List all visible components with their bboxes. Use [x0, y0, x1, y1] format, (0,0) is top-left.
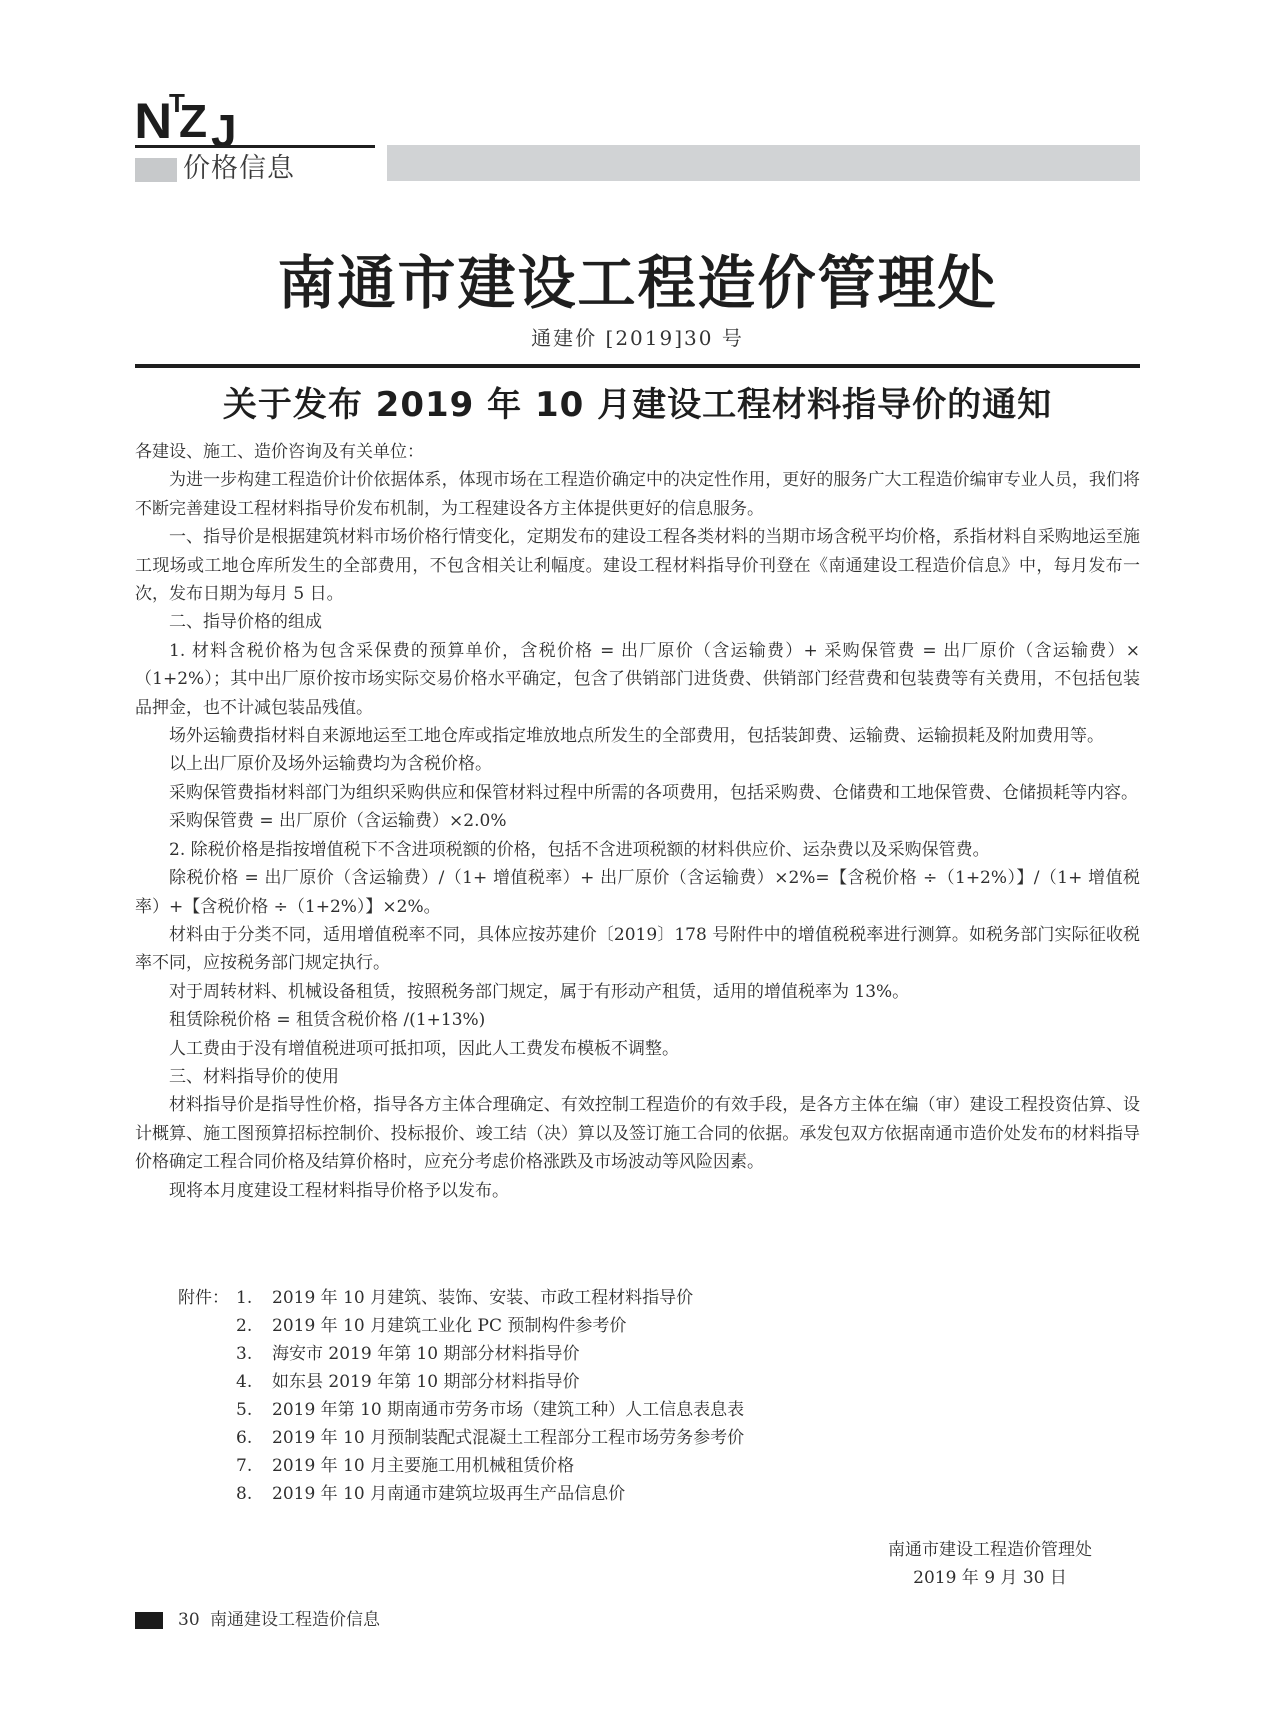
- signature-organization: 南通市建设工程造价管理处: [860, 1536, 1120, 1564]
- paragraph: 现将本月度建设工程材料指导价格予以发布。: [135, 1177, 1140, 1205]
- page-number: 30: [178, 1606, 200, 1634]
- paragraph: 材料指导价是指导性价格，指导各方主体合理确定、有效控制工程造价的有效手段，是各方…: [135, 1091, 1140, 1176]
- attachment-text: 如东县 2019 年第 10 期部分材料指导价: [272, 1368, 580, 1396]
- attachment-item: 6. 2019 年 10 月预制装配式混凝土工程部分工程市场劳务参考价: [178, 1424, 878, 1452]
- header-gray-bar: [387, 145, 1140, 181]
- logo-letter-z: Z: [179, 100, 203, 142]
- attachment-item: 2. 2019 年 10 月建筑工业化 PC 预制构件参考价: [178, 1312, 878, 1340]
- attachment-item: 5. 2019 年第 10 期南通市劳务市场（建筑工种）人工信息表息表: [178, 1396, 878, 1424]
- attachment-text: 2019 年 10 月南通市建筑垃圾再生产品信息价: [272, 1480, 625, 1508]
- attachment-number: 1.: [236, 1284, 272, 1312]
- attachment-item: 3. 海安市 2019 年第 10 期部分材料指导价: [178, 1340, 878, 1368]
- title-divider: [135, 364, 1140, 368]
- attachment-item: 附件： 1. 2019 年 10 月建筑、装饰、安装、市政工程材料指导价: [178, 1284, 878, 1312]
- paragraph: 对于周转材料、机械设备租赁，按照税务部门规定，属于有形动产租赁，适用的增值税率为…: [135, 978, 1140, 1006]
- paragraph: 人工费由于没有增值税进项可抵扣项，因此人工费发布模板不调整。: [135, 1035, 1140, 1063]
- paragraph: 2. 除税价格是指按增值税下不含进项税额的价格，包括不含进项税额的材料供应价、运…: [135, 836, 1140, 864]
- attachment-number: 8.: [236, 1480, 272, 1508]
- notice-body: 各建设、施工、造价咨询及有关单位： 为进一步构建工程造价计价依据体系，体现市场在…: [135, 438, 1140, 1205]
- paragraph: 为进一步构建工程造价计价依据体系，体现市场在工程造价确定中的决定性作用，更好的服…: [135, 466, 1140, 523]
- attachment-text: 2019 年 10 月主要施工用机械租赁价格: [272, 1452, 574, 1480]
- attachment-item: 4. 如东县 2019 年第 10 期部分材料指导价: [178, 1368, 878, 1396]
- attachments-label: 附件：: [178, 1284, 236, 1312]
- paragraph: 材料由于分类不同，适用增值税率不同，具体应按苏建价〔2019〕178 号附件中的…: [135, 921, 1140, 978]
- publication-name: 南通建设工程造价信息: [210, 1606, 380, 1634]
- attachment-number: 3.: [236, 1340, 272, 1368]
- formula: 除税价格 = 出厂原价（含运输费）/（1+ 增值税率）+ 出厂原价（含运输费）×…: [135, 864, 1140, 921]
- section-marker-block: [135, 158, 177, 182]
- formula: 采购保管费 = 出厂原价（含运输费）×2.0%: [135, 807, 1140, 835]
- paragraph: 以上出厂原价及场外运输费均为含税价格。: [135, 750, 1140, 778]
- attachment-number: 5.: [236, 1396, 272, 1424]
- attachment-text: 2019 年第 10 期南通市劳务市场（建筑工种）人工信息表息表: [272, 1396, 744, 1424]
- signature-block: 南通市建设工程造价管理处 2019 年 9 月 30 日: [860, 1536, 1120, 1592]
- attachment-text: 2019 年 10 月预制装配式混凝土工程部分工程市场劳务参考价: [272, 1424, 744, 1452]
- attachment-text: 2019 年 10 月建筑工业化 PC 预制构件参考价: [272, 1312, 626, 1340]
- section-heading: 二、指导价格的组成: [135, 608, 1140, 636]
- attachment-item: 7. 2019 年 10 月主要施工用机械租赁价格: [178, 1452, 878, 1480]
- paragraph: 场外运输费指材料自来源地运至工地仓库或指定堆放地点所发生的全部费用，包括装卸费、…: [135, 722, 1140, 750]
- issuer-title: 南通市建设工程造价管理处: [0, 248, 1275, 318]
- attachment-text: 海安市 2019 年第 10 期部分材料指导价: [272, 1340, 580, 1368]
- logo-divider: [135, 145, 375, 148]
- paragraph: 采购保管费指材料部门为组织采购供应和保管材料过程中所需的各项费用，包括采购费、仓…: [135, 779, 1140, 807]
- salutation: 各建设、施工、造价咨询及有关单位：: [135, 438, 1140, 466]
- attachment-text: 2019 年 10 月建筑、装饰、安装、市政工程材料指导价: [272, 1284, 693, 1312]
- attachment-number: 4.: [236, 1368, 272, 1396]
- attachment-number: 2.: [236, 1312, 272, 1340]
- ntzj-logo: N T Z J: [135, 92, 245, 144]
- signature-date: 2019 年 9 月 30 日: [860, 1564, 1120, 1592]
- footer-marker-block: [135, 1612, 163, 1629]
- attachments-list: 附件： 1. 2019 年 10 月建筑、装饰、安装、市政工程材料指导价 2. …: [178, 1284, 878, 1508]
- notice-title: 关于发布 2019 年 10 月建设工程材料指导价的通知: [0, 380, 1275, 430]
- attachment-item: 8. 2019 年 10 月南通市建筑垃圾再生产品信息价: [178, 1480, 878, 1508]
- paragraph: 一、指导价是根据建筑材料市场价格行情变化，定期发布的建设工程各类材料的当期市场含…: [135, 523, 1140, 608]
- attachment-number: 7.: [236, 1452, 272, 1480]
- attachment-number: 6.: [236, 1424, 272, 1452]
- section-label: 价格信息: [183, 152, 295, 186]
- formula: 租赁除税价格 = 租赁含税价格 /(1+13%): [135, 1006, 1140, 1034]
- paragraph: 1. 材料含税价格为包含采保费的预算单价，含税价格 = 出厂原价（含运输费）+ …: [135, 637, 1140, 722]
- document-number: 通建价 [2019]30 号: [0, 324, 1275, 352]
- logo-letter-n: N: [134, 98, 168, 144]
- section-heading: 三、材料指导价的使用: [135, 1063, 1140, 1091]
